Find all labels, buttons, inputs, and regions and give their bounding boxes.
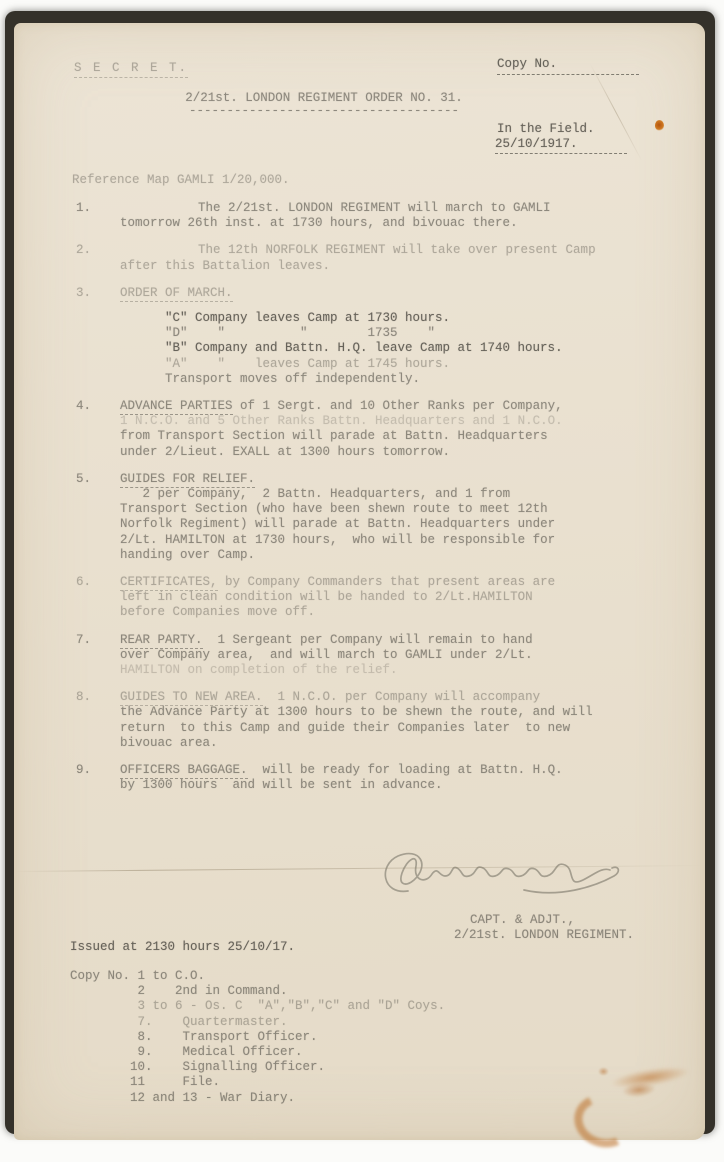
item-text: The 2/21st. LONDON REGIMENT will march t… [120, 201, 679, 231]
map-reference: Reference Map GAMLI 1/20,000. [72, 173, 290, 188]
distribution-list: Copy No. 1 to C.O. 2 2nd in Command. 3 t… [70, 969, 445, 1106]
order-item-4: 4. ADVANCE PARTIES of 1 Sergt. and 10 Ot… [76, 399, 679, 460]
rust-stain-dot [598, 1067, 609, 1076]
order-item-5: 5. GUIDES FOR RELIEF. 2 per Company, 2 B… [76, 472, 679, 563]
issued-line: Issued at 2130 hours 25/10/17. [70, 940, 295, 955]
item-text: GUIDES TO NEW AREA. 1 N.C.O. per Company… [120, 690, 679, 751]
order-item-8: 8. GUIDES TO NEW AREA. 1 N.C.O. per Comp… [76, 690, 679, 751]
distribution-line: 8. Transport Officer. [70, 1030, 445, 1045]
march-order-lines: "C" Company leaves Camp at 1730 hours. "… [165, 311, 679, 387]
place-line: In the Field. [497, 122, 595, 137]
order-body: 1. The 2/21st. LONDON REGIMENT will marc… [14, 201, 705, 806]
item-text: The 12th NORFOLK REGIMENT will take over… [120, 243, 679, 273]
item-heading: ADVANCE PARTIES of 1 Sergt. and 10 Other… [120, 399, 679, 414]
item-number: 3. [76, 286, 120, 387]
order-item-7: 7. REAR PARTY. 1 Sergeant per Company wi… [76, 633, 679, 679]
item-number: 5. [76, 472, 120, 563]
distribution-line: 3 to 6 - Os. C "A","B","C" and "D" Coys. [70, 999, 445, 1014]
copy-number-label: Copy No. [497, 57, 557, 71]
item-heading: ORDER OF MARCH. [120, 286, 679, 301]
item-number: 2. [76, 243, 120, 273]
item-number: 1. [76, 201, 120, 231]
classification-stamp: S E C R E T. [74, 61, 188, 78]
document-photo: S E C R E T. Copy No. 2/21st. LONDON REG… [0, 0, 724, 1162]
paper-sheet: S E C R E T. Copy No. 2/21st. LONDON REG… [14, 23, 705, 1140]
item-text: OFFICERS BAGGAGE. will be ready for load… [120, 763, 679, 793]
item-number: 4. [76, 399, 120, 460]
item-text: ORDER OF MARCH. "C" Company leaves Camp … [120, 286, 679, 387]
item-heading: GUIDES TO NEW AREA. 1 N.C.O. per Company… [120, 690, 679, 705]
item-text: CERTIFICATES, by Company Commanders that… [120, 575, 679, 621]
item-heading: REAR PARTY. 1 Sergeant per Company will … [120, 633, 679, 648]
item-heading: GUIDES FOR RELIEF. [120, 472, 679, 487]
date-line: 25/10/1917. [495, 137, 627, 154]
order-item-9: 9. OFFICERS BAGGAGE. will be ready for l… [76, 763, 679, 793]
item-text: ADVANCE PARTIES of 1 Sergt. and 10 Other… [120, 399, 679, 460]
title-underline: ------------------------------------ [114, 104, 534, 119]
item-text: REAR PARTY. 1 Sergeant per Company will … [120, 633, 679, 679]
order-item-6: 6. CERTIFICATES, by Company Commanders t… [76, 575, 679, 621]
distribution-line: Copy No. 1 to C.O. [70, 969, 445, 984]
signature-rank: CAPT. & ADJT., [470, 913, 575, 928]
rust-stain-ring [567, 1087, 640, 1155]
distribution-line: 11 File. [70, 1075, 445, 1090]
item-heading: OFFICERS BAGGAGE. will be ready for load… [120, 763, 679, 778]
distribution-line: 7. Quartermaster. [70, 1015, 445, 1030]
item-number: 6. [76, 575, 120, 621]
rust-spot [655, 120, 664, 131]
distribution-line: 2 2nd in Command. [70, 984, 445, 999]
signature-handwriting [374, 835, 626, 909]
distribution-line: 12 and 13 - War Diary. [70, 1091, 445, 1106]
order-item-2: 2. The 12th NORFOLK REGIMENT will take o… [76, 243, 679, 273]
distribution-line: 9. Medical Officer. [70, 1045, 445, 1060]
item-text: GUIDES FOR RELIEF. 2 per Company, 2 Batt… [120, 472, 679, 563]
item-number: 9. [76, 763, 120, 793]
order-item-1: 1. The 2/21st. LONDON REGIMENT will marc… [76, 201, 679, 231]
signature-unit: 2/21st. LONDON REGIMENT. [454, 928, 634, 943]
item-heading: CERTIFICATES, by Company Commanders that… [120, 575, 679, 590]
order-item-3: 3. ORDER OF MARCH. "C" Company leaves Ca… [76, 286, 679, 387]
copy-number-line: Copy No. [497, 57, 639, 75]
distribution-line: 10. Signalling Officer. [70, 1060, 445, 1075]
item-number: 7. [76, 633, 120, 679]
item-number: 8. [76, 690, 120, 751]
